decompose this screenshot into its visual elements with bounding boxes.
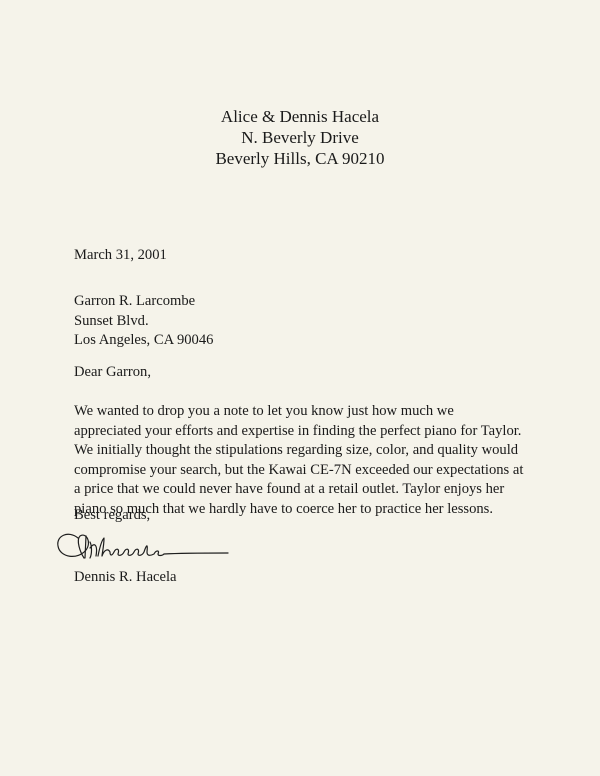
body-line: appreciated your efforts and expertise i… bbox=[74, 422, 523, 442]
body-line: We initially thought the stipulations re… bbox=[74, 441, 523, 461]
signature-icon bbox=[52, 526, 232, 566]
letter-body: We wanted to drop you a note to let you … bbox=[74, 402, 523, 520]
letter-date: March 31, 2001 bbox=[74, 246, 167, 266]
signer-name: Dennis R. Hacela bbox=[74, 568, 177, 588]
recipient-address: Garron R. Larcombe Sunset Blvd. Los Ange… bbox=[74, 292, 213, 351]
sender-city: Beverly Hills, CA 90210 bbox=[0, 148, 600, 169]
sender-name: Alice & Dennis Hacela bbox=[0, 106, 600, 127]
salutation: Dear Garron, bbox=[74, 363, 151, 383]
body-line: compromise your search, but the Kawai CE… bbox=[74, 461, 523, 481]
body-line: We wanted to drop you a note to let you … bbox=[74, 402, 523, 422]
closing: Best regards, bbox=[74, 506, 150, 526]
recipient-street: Sunset Blvd. bbox=[74, 312, 213, 332]
recipient-city: Los Angeles, CA 90046 bbox=[74, 331, 213, 351]
letterhead: Alice & Dennis Hacela N. Beverly Drive B… bbox=[0, 106, 600, 169]
sender-street: N. Beverly Drive bbox=[0, 127, 600, 148]
body-line: a price that we could never have found a… bbox=[74, 480, 523, 500]
recipient-name: Garron R. Larcombe bbox=[74, 292, 213, 312]
